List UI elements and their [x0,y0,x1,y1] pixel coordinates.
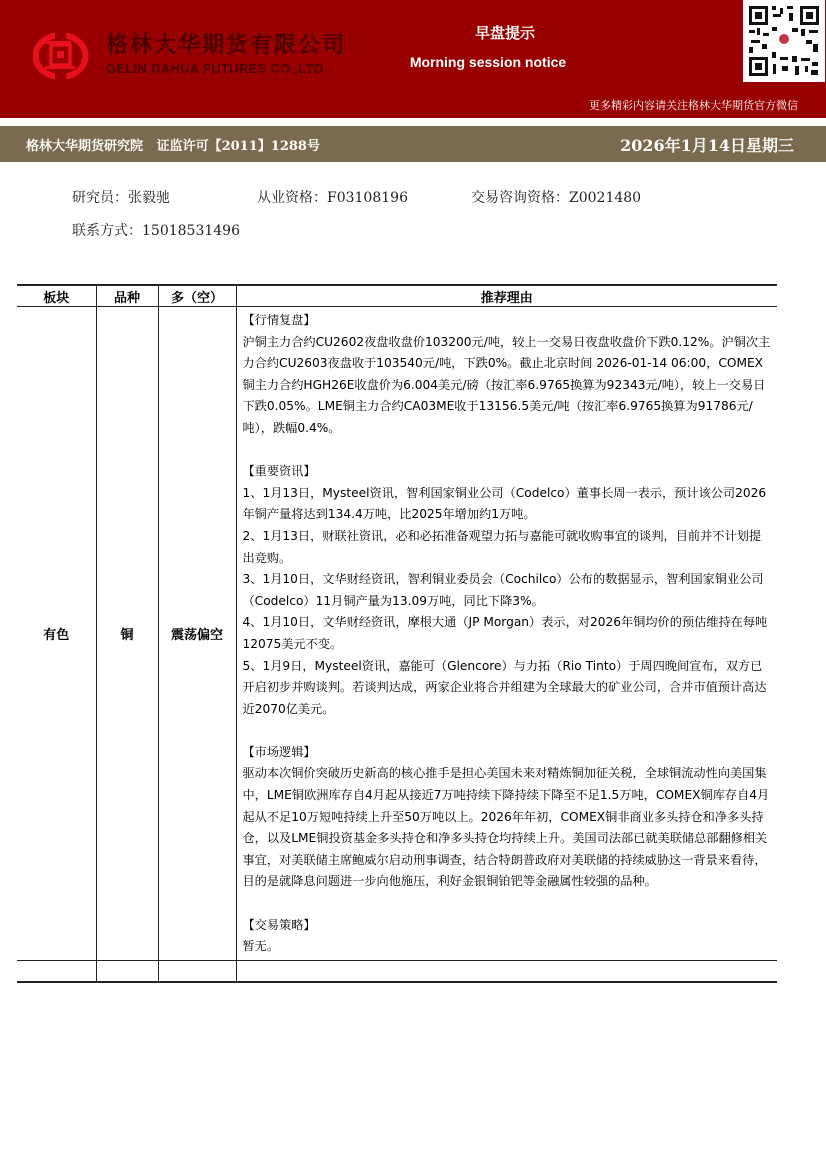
practice-qualification: 从业资格：F03108196 [257,187,408,207]
variety-cell: 铜 [96,307,158,961]
market-logic-text: 驱动本次铜价突破历史新高的核心推手是担心美国未来对精炼铜加征关税，全球铜流动性向… [243,763,772,893]
license-number: 证监许可【2011】1288号 [157,139,320,154]
wechat-qr-code-icon [743,0,825,82]
report-title-cn: 早盘提示 [430,22,580,43]
researcher-info: 研究员：张毅驰 [72,187,170,207]
sector-cell: 有色 [17,307,96,961]
section-title-trading-strategy: 【交易策略】 [243,915,772,937]
contact-number: 15018531496 [142,223,240,239]
recommendation-table: 板块 品种 多（空） 推荐理由 有色 铜 震荡偏空 【行情复盘】 沪铜主力合约C… [17,284,777,983]
direction-cell: 震荡偏空 [158,307,236,961]
news-item: 3、1月10日，文华财经资讯，智利铜业委员会（Cochilco）公布的数据显示，… [243,569,772,612]
report-title-en: Morning session notice [403,54,573,70]
header-variety: 品种 [96,285,158,307]
consult-label: 交易咨询资格： [471,190,569,206]
company-name-block: 格林大华期货有限公司 GELIN DAHUA FUTURES CO.,LTD. [106,33,346,77]
company-logo-icon [33,32,88,80]
researcher-name: 张毅驰 [128,190,170,206]
consult-id: Z0021480 [569,190,641,206]
company-name-en: GELIN DAHUA FUTURES CO.,LTD. [106,61,346,77]
header-direction: 多（空） [158,285,236,307]
trading-strategy-text: 暂无。 [243,936,772,958]
company-name-cn: 格林大华期货有限公司 [106,33,346,59]
practice-id: F03108196 [327,190,408,206]
research-institute: 格林大华期货研究院 [26,139,143,154]
consult-qualification: 交易咨询资格：Z0021480 [471,187,641,207]
org-license-line: 格林大华期货研究院 证监许可【2011】1288号 [26,135,320,154]
header-sector: 板块 [17,285,96,307]
contact-info: 联系方式：15018531496 [72,220,240,240]
header-reason: 推荐理由 [236,285,777,307]
researcher-label: 研究员： [72,190,128,206]
section-title-market-review: 【行情复盘】 [243,310,772,332]
news-item: 4、1月10日，文华财经资讯，摩根大通（JP Morgan）表示，对2026年铜… [243,612,772,655]
news-item: 1、1月13日，Mysteel资讯，智利国家铜业公司（Codelco）董事长周一… [243,483,772,526]
wechat-follow-note: 更多精彩内容请关注格林大华期货官方微信 [589,97,798,113]
table-empty-row [17,960,777,982]
market-review-text: 沪铜主力合约CU2602夜盘收盘价103200元/吨，较上一交易日夜盘收盘价下跌… [243,332,772,440]
reason-cell: 【行情复盘】 沪铜主力合约CU2602夜盘收盘价103200元/吨，较上一交易日… [236,307,777,961]
news-item: 5、1月9日，Mysteel资讯，嘉能可（Glencore）与力拓（Rio Ti… [243,656,772,721]
section-title-market-logic: 【市场逻辑】 [243,742,772,764]
news-item: 2、1月13日，财联社资讯，必和必拓准备观望力拓与嘉能可就收购事宜的谈判，目前并… [243,526,772,569]
practice-label: 从业资格： [257,190,327,206]
section-title-key-news: 【重要资讯】 [243,461,772,483]
report-date: 2026年1月14日星期三 [620,133,794,156]
table-header-row: 板块 品种 多（空） 推荐理由 [17,285,777,307]
contact-label: 联系方式： [72,223,142,239]
table-row: 有色 铜 震荡偏空 【行情复盘】 沪铜主力合约CU2602夜盘收盘价103200… [17,307,777,961]
